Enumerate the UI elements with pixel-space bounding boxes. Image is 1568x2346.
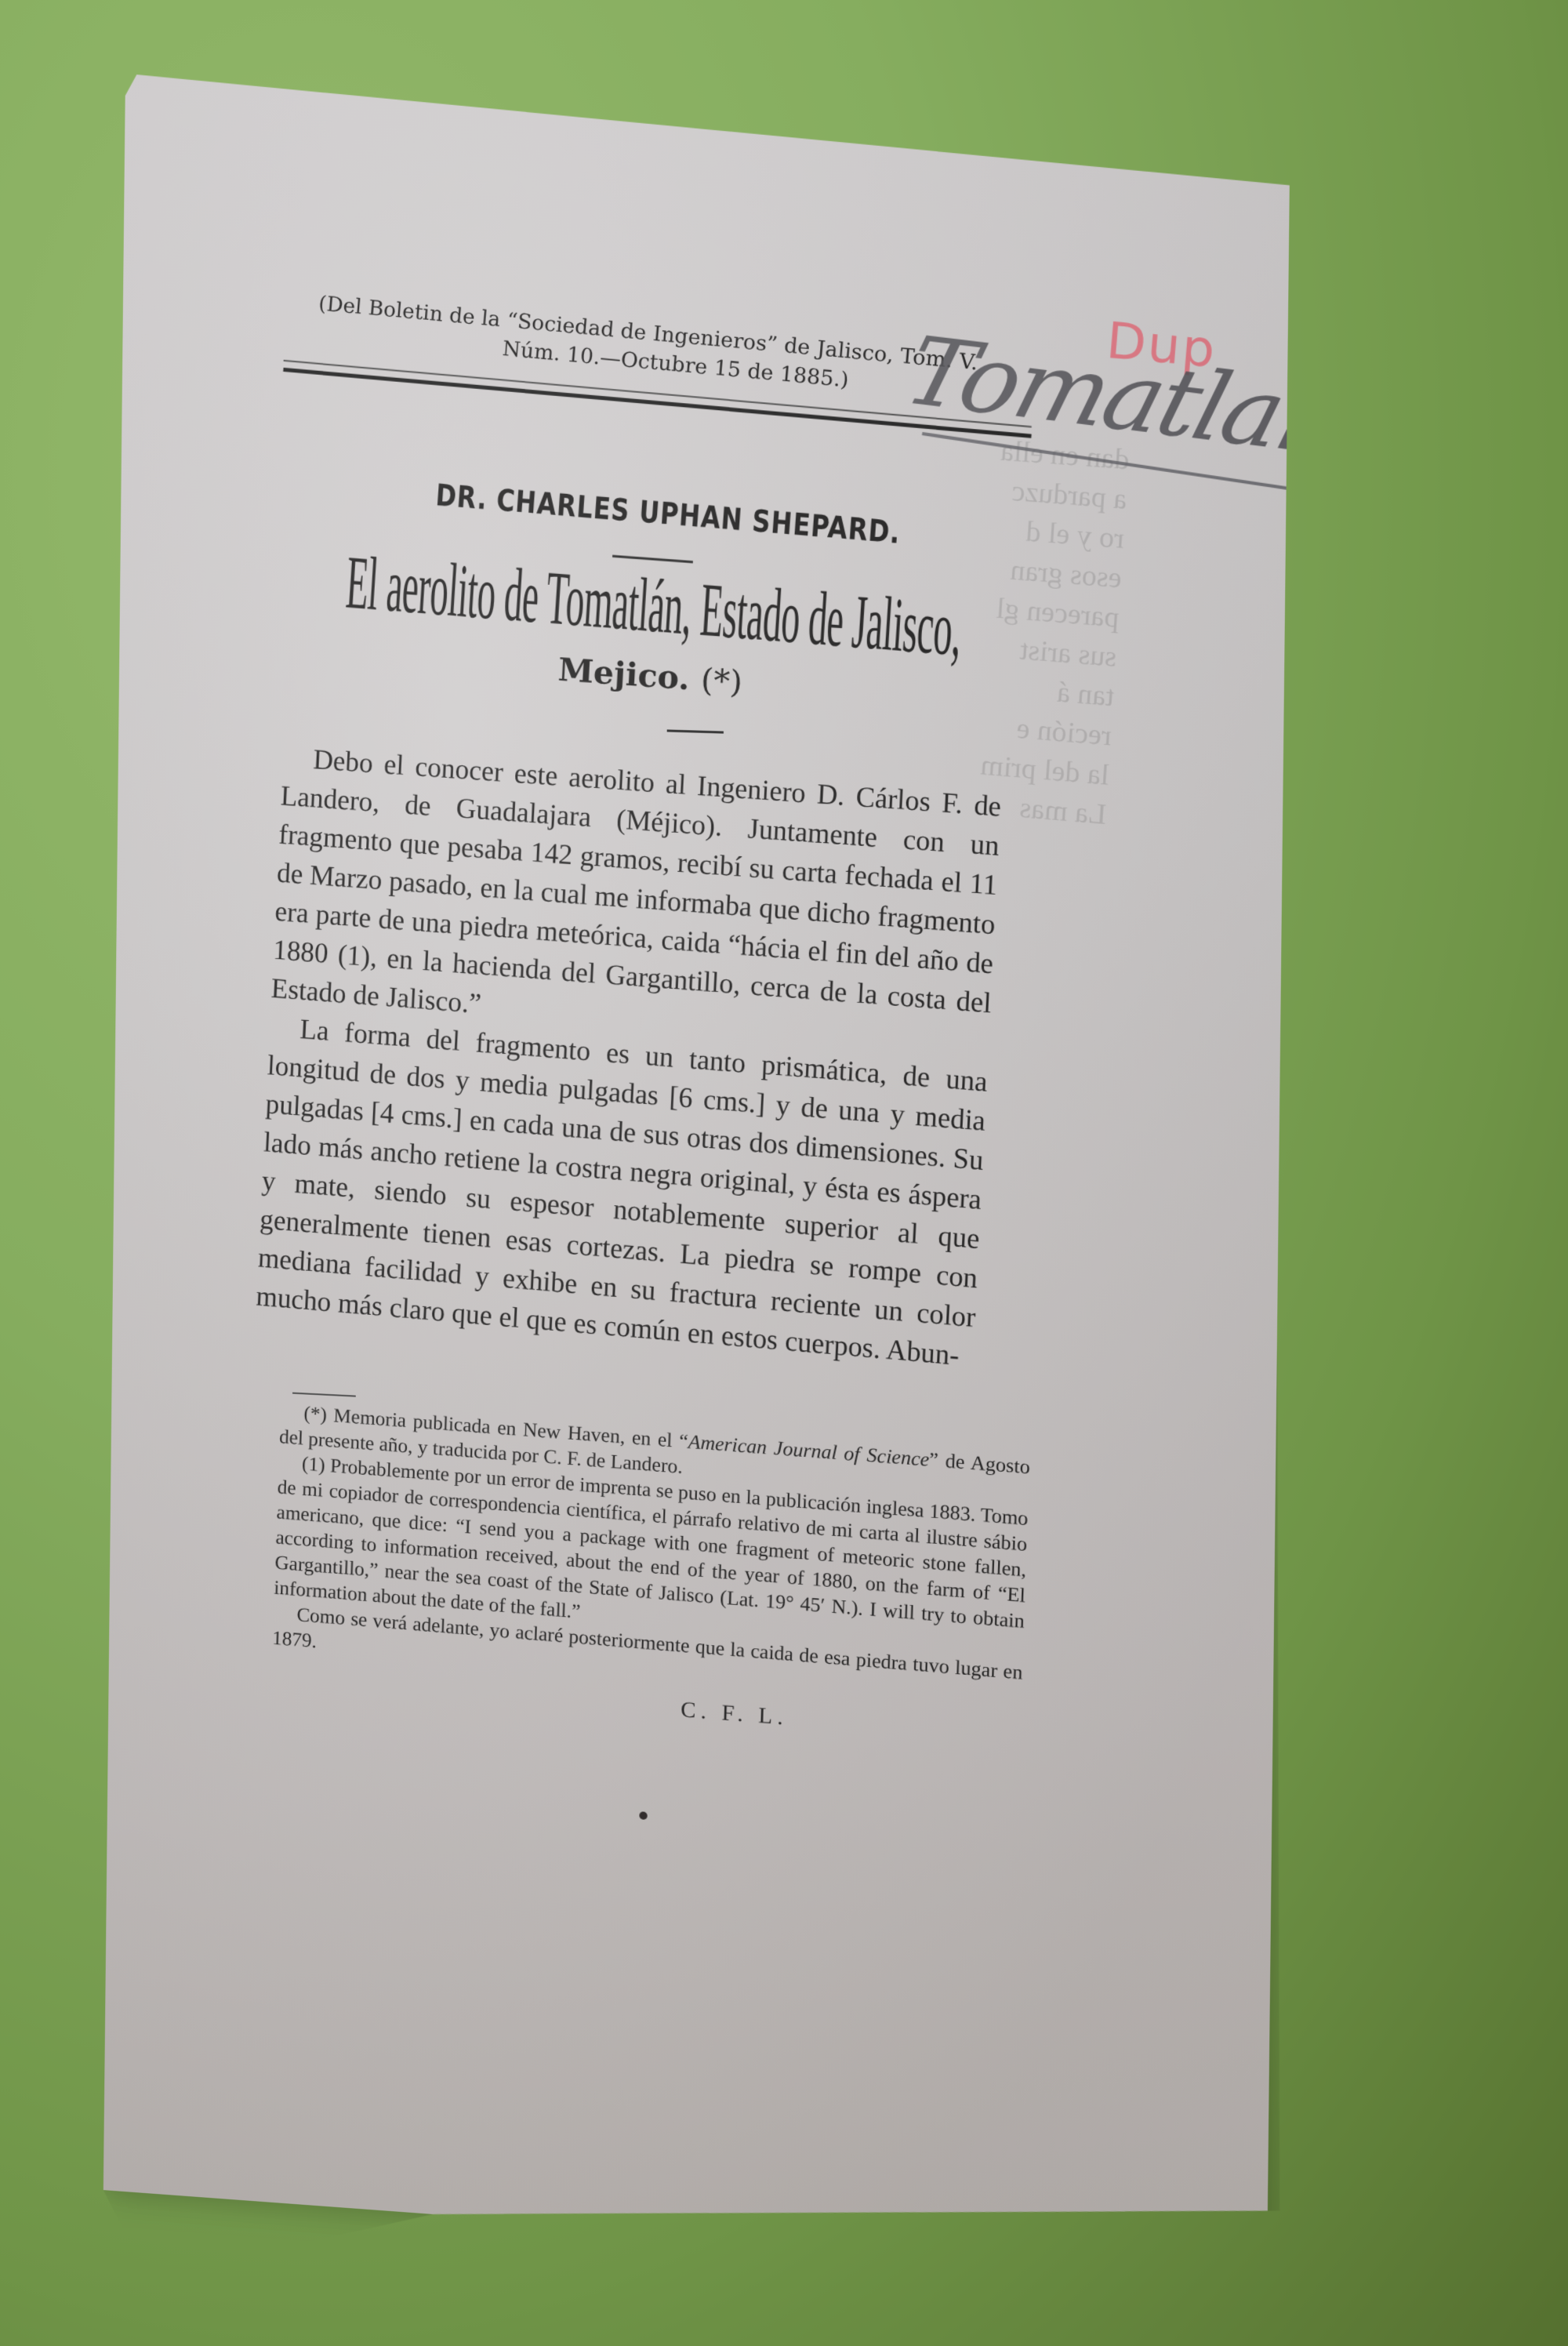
paper-sheet: dan en ella a parduzc ro y el d esos gra… xyxy=(103,74,1290,2275)
subtitle-divider xyxy=(667,729,724,733)
footnote-journal-title: American Journal of Science xyxy=(688,1431,929,1470)
body-paragraph: La forma del fragmento es un tanto prism… xyxy=(256,1008,989,1377)
article-body: Debo el conocer este aerolito al Ingenie… xyxy=(256,738,1003,1377)
footnote-mark-star: (*) xyxy=(700,662,743,701)
subtitle-text: Mejico. xyxy=(557,651,691,698)
footnote-one-label: (1) xyxy=(302,1453,325,1476)
footnote-star-label: (*) xyxy=(303,1403,327,1425)
page-content: dan en ella a parduzc ro y el d esos gra… xyxy=(103,74,1290,2275)
article-subtitle: Mejico. (*) xyxy=(557,651,744,701)
footnote-rule xyxy=(292,1393,356,1397)
body-paragraph: Debo el conocer este aerolito al Ingenie… xyxy=(270,738,1002,1062)
footnotes: (*) Memoria publicada en New Haven, en e… xyxy=(272,1400,1031,1712)
signature-initials: C. F. L. xyxy=(681,1698,788,1731)
ink-dot xyxy=(639,1811,647,1820)
